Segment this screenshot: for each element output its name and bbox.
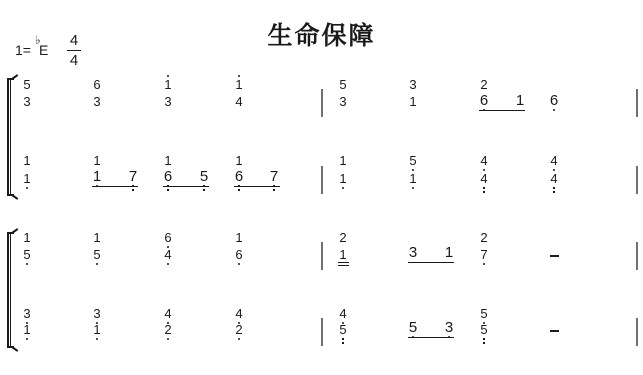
score-title: 生命保障 <box>0 16 643 52</box>
dash-sustain <box>550 255 559 257</box>
note: 3 <box>162 95 174 109</box>
note: 3 <box>407 78 419 92</box>
note: 2 <box>478 78 490 92</box>
note: 5 <box>91 248 103 262</box>
note: 1 <box>21 172 33 186</box>
beam <box>338 262 349 263</box>
note: 1 <box>233 154 245 168</box>
note: 4 <box>162 307 174 321</box>
note: 6 <box>233 248 245 262</box>
note: 5 <box>478 307 490 321</box>
note: 5 <box>337 323 349 337</box>
note: 1 <box>407 95 419 109</box>
note: 5 <box>407 154 419 168</box>
barline <box>636 89 638 117</box>
note: 1 <box>21 231 33 245</box>
note: 5 <box>337 78 349 92</box>
beam <box>338 265 349 266</box>
barline <box>321 89 323 117</box>
note: 5 <box>21 248 33 262</box>
note: 3 <box>91 307 103 321</box>
barline <box>321 242 323 270</box>
note: 2 <box>478 231 490 245</box>
note: 2 <box>162 323 174 337</box>
note: 4 <box>478 154 490 168</box>
note: 1 <box>337 172 349 186</box>
system-brace <box>7 78 14 196</box>
note: 1 <box>162 154 174 168</box>
note: 7 <box>268 170 280 184</box>
note: 7 <box>127 170 139 184</box>
beam <box>408 337 454 338</box>
note: 2 <box>337 231 349 245</box>
system-brace <box>7 232 14 348</box>
note: 3 <box>21 95 33 109</box>
time-signature: 4 4 <box>67 32 81 69</box>
note: 4 <box>337 307 349 321</box>
time-divider <box>67 50 81 51</box>
note: 2 <box>233 323 245 337</box>
note: 1 <box>407 172 419 186</box>
barline <box>636 318 638 346</box>
note: 5 <box>21 78 33 92</box>
note: 4 <box>548 154 560 168</box>
note: 6 <box>548 94 560 108</box>
beam <box>234 186 280 187</box>
time-denominator: 4 <box>70 52 78 69</box>
note: 1 <box>91 154 103 168</box>
note: 1 <box>514 94 526 108</box>
note: 3 <box>407 246 419 260</box>
barline <box>636 166 638 194</box>
note: 5 <box>407 321 419 335</box>
note: 1 <box>443 246 455 260</box>
note: 6 <box>162 170 174 184</box>
note: 4 <box>162 248 174 262</box>
note: 1 <box>162 78 174 92</box>
note: 1 <box>91 323 103 337</box>
beam <box>408 262 454 263</box>
barline <box>321 318 323 346</box>
note: 4 <box>478 172 490 186</box>
beam <box>163 186 209 187</box>
time-numerator: 4 <box>70 32 78 49</box>
note: 6 <box>91 78 103 92</box>
barline <box>636 242 638 270</box>
note: 1 <box>233 78 245 92</box>
note: 6 <box>478 94 490 108</box>
note: 1 <box>21 323 33 337</box>
note: 1 <box>337 248 349 262</box>
beam <box>479 110 525 111</box>
note: 4 <box>233 95 245 109</box>
key-signature: 1=♭E <box>15 42 48 58</box>
note: 6 <box>233 170 245 184</box>
dash-sustain <box>550 330 559 332</box>
note: 3 <box>91 95 103 109</box>
note: 3 <box>443 321 455 335</box>
flat-icon: ♭ <box>35 33 41 47</box>
note: 5 <box>198 170 210 184</box>
note: 3 <box>337 95 349 109</box>
key-prefix: 1= <box>15 42 31 58</box>
note: 1 <box>91 231 103 245</box>
note: 6 <box>162 231 174 245</box>
beam <box>92 186 138 187</box>
note: 1 <box>21 154 33 168</box>
note: 1 <box>233 231 245 245</box>
note: 4 <box>233 307 245 321</box>
barline <box>321 166 323 194</box>
note: 3 <box>21 307 33 321</box>
note: 1 <box>337 154 349 168</box>
note: 5 <box>478 323 490 337</box>
note: 4 <box>548 172 560 186</box>
note: 1 <box>91 170 103 184</box>
note: 7 <box>478 248 490 262</box>
